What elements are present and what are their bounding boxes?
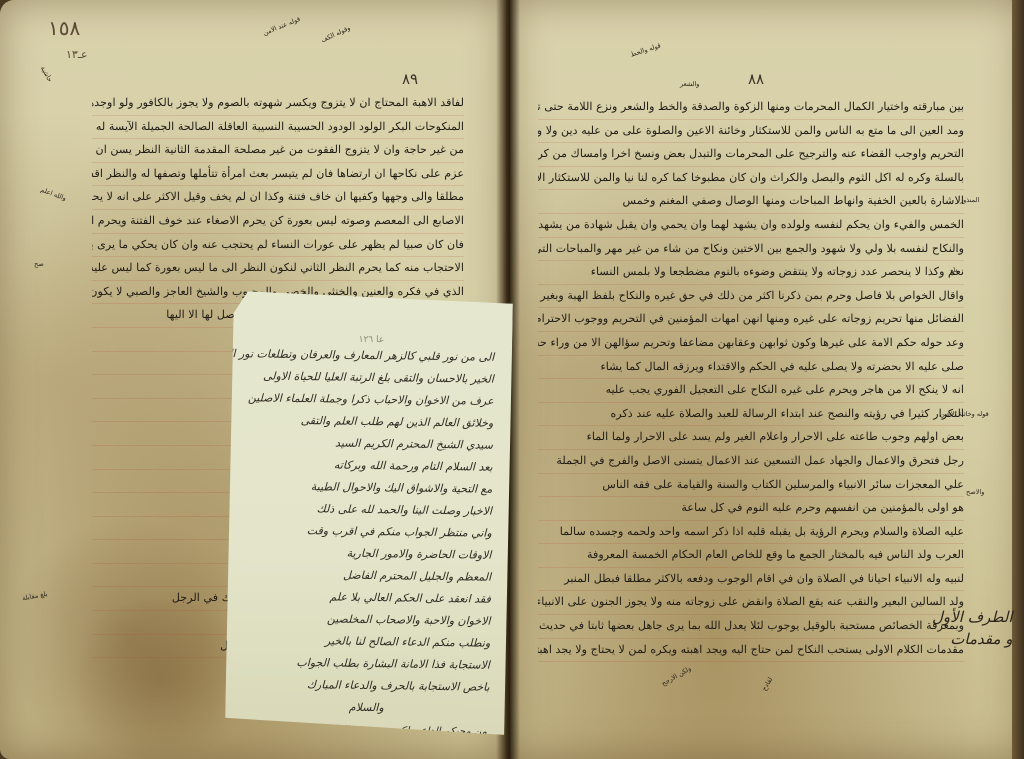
page-edge bbox=[1012, 0, 1024, 759]
text-line: الاصابع الى المعصم وصوته ليس بعورة كن يح… bbox=[92, 210, 464, 234]
colophon-note: الطرف الأول و مقدمات bbox=[932, 606, 1013, 650]
text-line: المنكوحات البكر الولود الودود الحسيبة ال… bbox=[92, 116, 464, 140]
margin-note: والله اعلم bbox=[39, 186, 67, 203]
main-text-block: بين مبارقته واختيار الكمال المحرمات ومنه… bbox=[538, 96, 964, 662]
text-line: الفضائل منها تحريم زوجاته على غيره ومنها… bbox=[538, 308, 964, 332]
text-line: بالسلة وكره له اكل الثوم والبصل والكراث … bbox=[538, 167, 964, 191]
text-line: وبمعرفة الخصائص مستحبة بالوقيل يوجوب لئل… bbox=[538, 615, 964, 639]
margin-note: ولكن الارجح bbox=[660, 664, 692, 687]
text-line: ومد العين الى ما متع به الناس والمن للاس… bbox=[538, 120, 964, 144]
text-line: صلى عليه الا بحضرته ولا يصلى عليه في الح… bbox=[538, 356, 964, 380]
text-line: وعد حوله حكم الامة على غيرها وكون ثوابهن… bbox=[538, 332, 964, 356]
shelf-mark: عـ١٣ bbox=[66, 48, 88, 61]
margin-note: صح bbox=[34, 260, 44, 268]
text-line: التحريم واوجب القضاء عنه والترجيح على ال… bbox=[538, 143, 964, 167]
margin-note: حاشية bbox=[39, 65, 54, 84]
text-line: فان كان صبيا لم يظهر على عورات النساء لم… bbox=[92, 234, 464, 258]
margin-note: وقوله الكف bbox=[320, 24, 352, 44]
text-line: العرب ولد الناس فيه بالمختار الجمع ما وق… bbox=[538, 544, 964, 568]
text-line: والنكاح لنفسه بلا ولي ولا شهود والجمع بي… bbox=[538, 238, 964, 262]
text-line: رجل فتحرق والاعمال والجهاد عمل التسعين ع… bbox=[538, 450, 964, 474]
text-line: علي المعجزات سائر الانبياء والمرسلين الك… bbox=[538, 474, 964, 498]
text-line: مطلقا والى وجهها وكفيها ان خاف فتنة وكذا… bbox=[92, 186, 464, 210]
folio-mark: ٨٨ bbox=[748, 70, 764, 88]
colophon-line: و مقدمات bbox=[932, 628, 1013, 650]
text-line: واقال الخواص بلا فاصل وحرم بمن ذكرنا اكث… bbox=[538, 285, 964, 309]
text-line: هو اولى بالمؤمنين من انفسهم وحرم عليه ال… bbox=[538, 497, 964, 521]
text-line: بعض اولهم وجوب طاعته على الاحرار واعلام … bbox=[538, 426, 964, 450]
text-line: عزم على نكاحها ان ارتضاها فان لم يتيسر ب… bbox=[92, 163, 464, 187]
margin-note: والشعر bbox=[680, 80, 699, 88]
margin-note: قوله والخط bbox=[630, 41, 662, 58]
text-line: الخمس والفيء وان يحكم لنفسه ولولده وان ي… bbox=[538, 214, 964, 238]
text-line: مقدمات الكلام الاولى يستحب النكاح لمن حت… bbox=[538, 639, 964, 663]
margin-note: لقادح bbox=[760, 676, 774, 692]
folio-mark: ٨٩ bbox=[402, 70, 418, 88]
text-line: الاشارة بالعين الخفية وانهاط المباحات وم… bbox=[538, 190, 964, 214]
text-line: لفاقد الاهبة المحتاج ان لا يتزوج ويكسر ش… bbox=[92, 92, 464, 116]
page-number: ١٥٨ bbox=[48, 16, 80, 40]
margin-note: والاصح bbox=[966, 488, 984, 496]
text-line: لنبيه وله الانبياء احيانا في الصلاة وان … bbox=[538, 568, 964, 592]
text-line: التكرار كثيرا في رؤيته والنصح عند ابتداء… bbox=[538, 403, 964, 427]
text-line: ولد السالين البعير والنقب عنه يقع الصلاة… bbox=[538, 591, 964, 615]
text-line: من غير حاجة وان لا يتزوج الفقوت من غير م… bbox=[92, 139, 464, 163]
slip-line: عرف من الاخوان والاحباب ذكرا وجملة العلم… bbox=[229, 387, 511, 413]
inserted-letter-slip: عا ١٢٦ الى من نور قلبي كالزهر المعارف وا… bbox=[225, 291, 513, 735]
text-line: بين مبارقته واختيار الكمال المحرمات ومنه… bbox=[538, 96, 964, 120]
text-line: الاحتجاب منه كما يحرم النظر الثاني لنكون… bbox=[92, 257, 464, 281]
margin-note: قوله عند الامن bbox=[262, 15, 301, 37]
colophon-line: الطرف الأول bbox=[932, 606, 1013, 628]
text-line: عليه الصلاة والسلام ويحرم الرؤية بل يقبل… bbox=[538, 521, 964, 545]
text-line: انه لا ينكح الا من هاجر ويحرم على غيره ا… bbox=[538, 379, 964, 403]
text-line: نعم وكذا لا ينحصر عدد زوجاته ولا ينتقض و… bbox=[538, 261, 964, 285]
